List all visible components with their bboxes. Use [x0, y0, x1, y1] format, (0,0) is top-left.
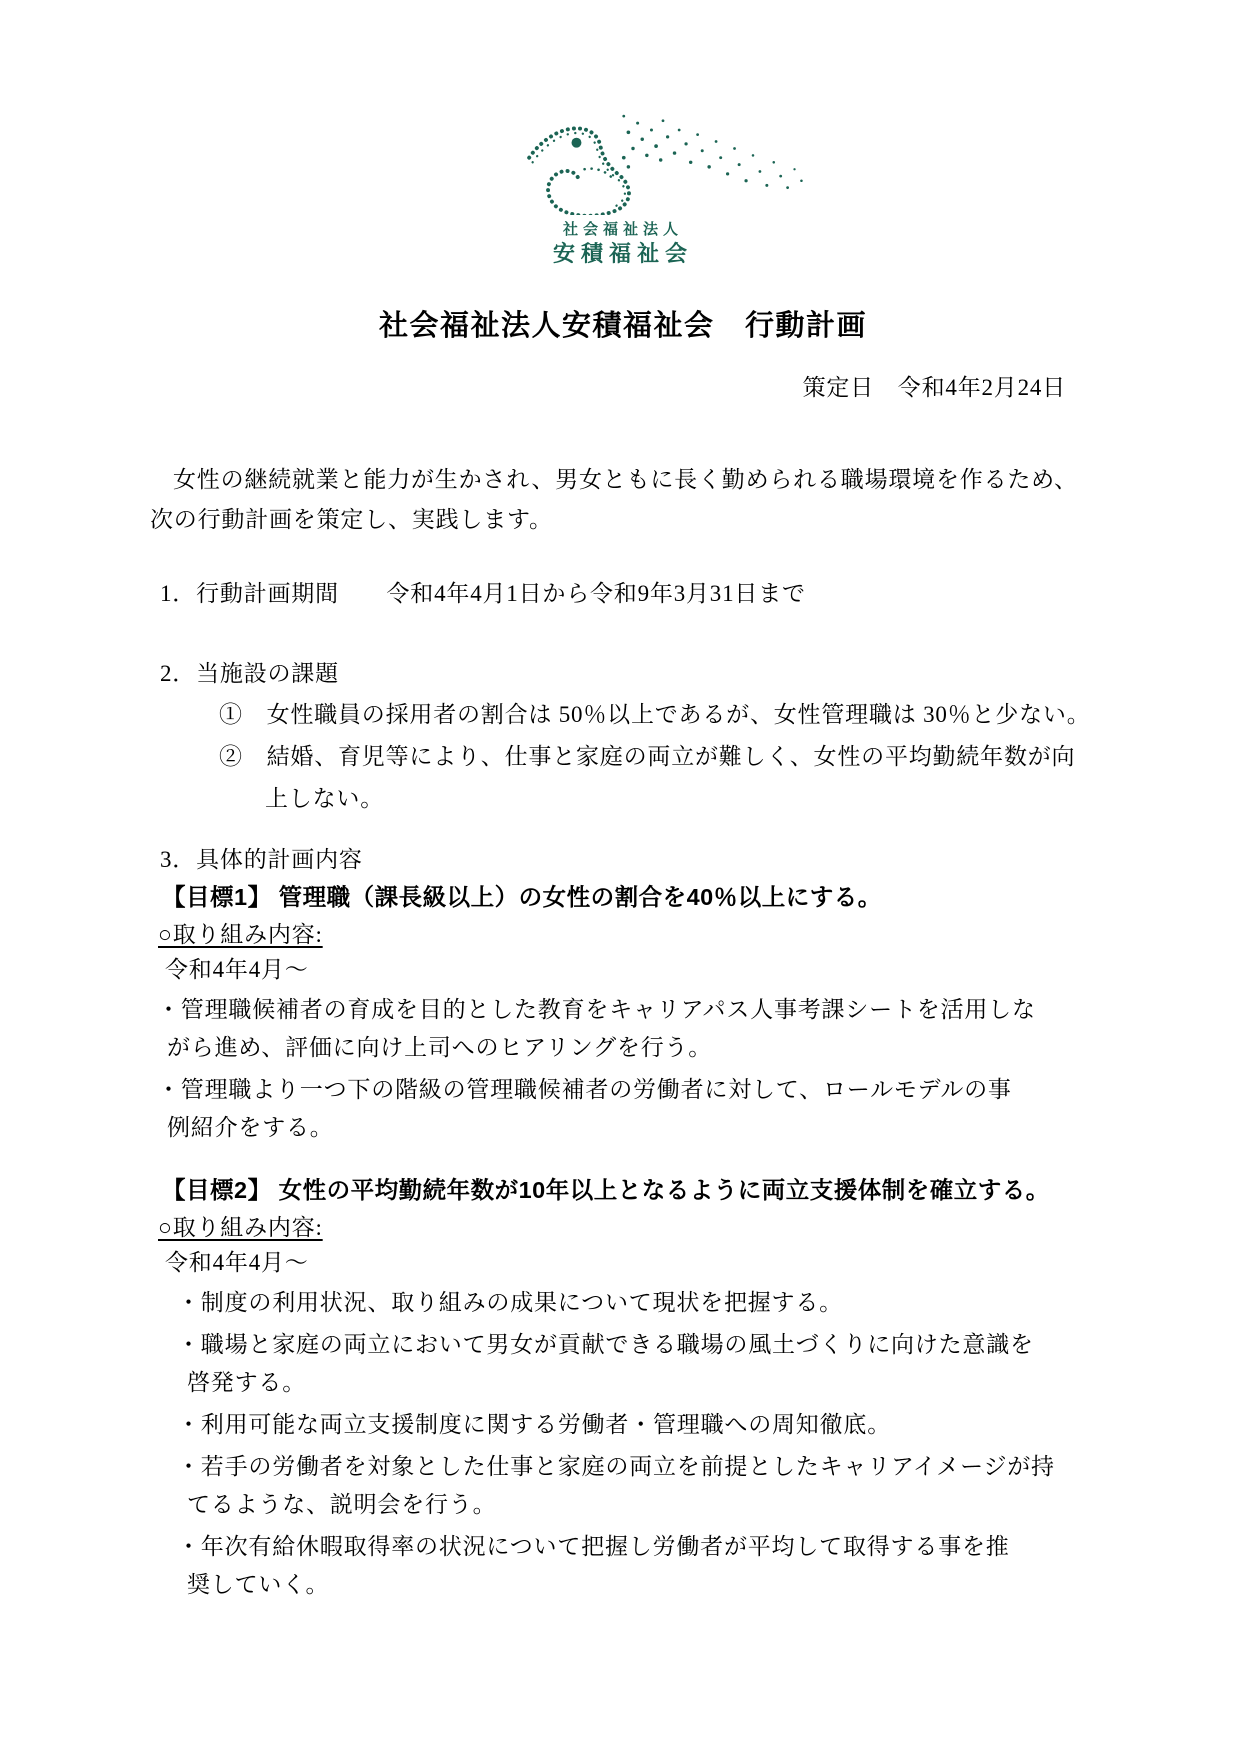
goal-2-start-date: 令和4年4月～: [150, 1245, 1096, 1280]
logo-org-name: 安積福祉会: [150, 242, 1096, 266]
list-item: ・年次有給休暇取得率の状況について把握し労働者が平均して取得する事を推 奨してい…: [150, 1528, 1096, 1604]
goal-1-block: 【目標1】 管理職（課長級以上）の女性の割合を40％以上にする。 ○取り組み内容…: [150, 880, 1096, 1147]
logo-org-type: 社会福祉法人: [150, 221, 1096, 238]
goal-1-title: 【目標1】 管理職（課長級以上）の女性の割合を40％以上にする。: [150, 880, 1096, 915]
list-item: ・職場と家庭の両立において男女が貢献できる職場の風土づくりに向けた意識を 啓発す…: [150, 1326, 1096, 1402]
goal-2-subheading: ○取り組み内容:: [150, 1210, 1096, 1245]
list-item: ・若手の労働者を対象とした仕事と家庭の両立を前提としたキャリアイメージが持 てる…: [150, 1448, 1096, 1524]
list-item: ・管理職候補者の育成を目的とした教育をキャリアパス人事考課シートを活用しな がら…: [150, 991, 1096, 1067]
logo: 社会福祉法人 安積福祉会: [150, 0, 1096, 266]
page-title: 社会福祉法人安積福祉会 行動計画: [150, 308, 1096, 344]
section-1-heading: 1．行動計画期間 令和4年4月1日から令和9年3月31日まで: [150, 574, 1096, 614]
section-2-heading: 2．当施設の課題: [150, 654, 1096, 694]
document-page: 社会福祉法人 安積福祉会 社会福祉法人安積福祉会 行動計画 策定日 令和4年2月…: [0, 0, 1241, 1755]
goal-2-subheading-text: ○取り組み内容:: [158, 1215, 323, 1240]
goal-1-subheading-text: ○取り組み内容:: [158, 922, 323, 947]
goal-2-title: 【目標2】 女性の平均勤続年数が10年以上となるように両立支援体制を確立する。: [150, 1173, 1096, 1208]
section-3-heading: 3．具体的計画内容: [150, 840, 1096, 880]
intro-paragraph: 女性の継続就業と能力が生かされ、男女ともに長く勤められる職場環境を作るため、 次…: [150, 460, 1096, 540]
goal-1-subheading: ○取り組み内容:: [150, 917, 1096, 952]
list-item: ・制度の利用状況、取り組みの成果について現状を把握する。: [150, 1284, 1096, 1322]
goal-1-start-date: 令和4年4月～: [150, 952, 1096, 987]
list-item: ① 女性職員の採用者の割合は 50％以上であるが、女性管理職は 30％と少ない。: [150, 694, 1096, 736]
bird-logo-icon: [513, 100, 813, 215]
goal-2-block: 【目標2】 女性の平均勤続年数が10年以上となるように両立支援体制を確立する。 …: [150, 1173, 1096, 1604]
list-item: ・利用可能な両立支援制度に関する労働者・管理職への周知徹底。: [150, 1406, 1096, 1444]
list-item: ・管理職より一つ下の階級の管理職候補者の労働者に対して、ロールモデルの事 例紹介…: [150, 1071, 1096, 1147]
date-line: 策定日 令和4年2月24日: [150, 368, 1096, 408]
list-item: ② 結婚、育児等により、仕事と家庭の両立が難しく、女性の平均勤続年数が向 上しな…: [150, 736, 1096, 820]
